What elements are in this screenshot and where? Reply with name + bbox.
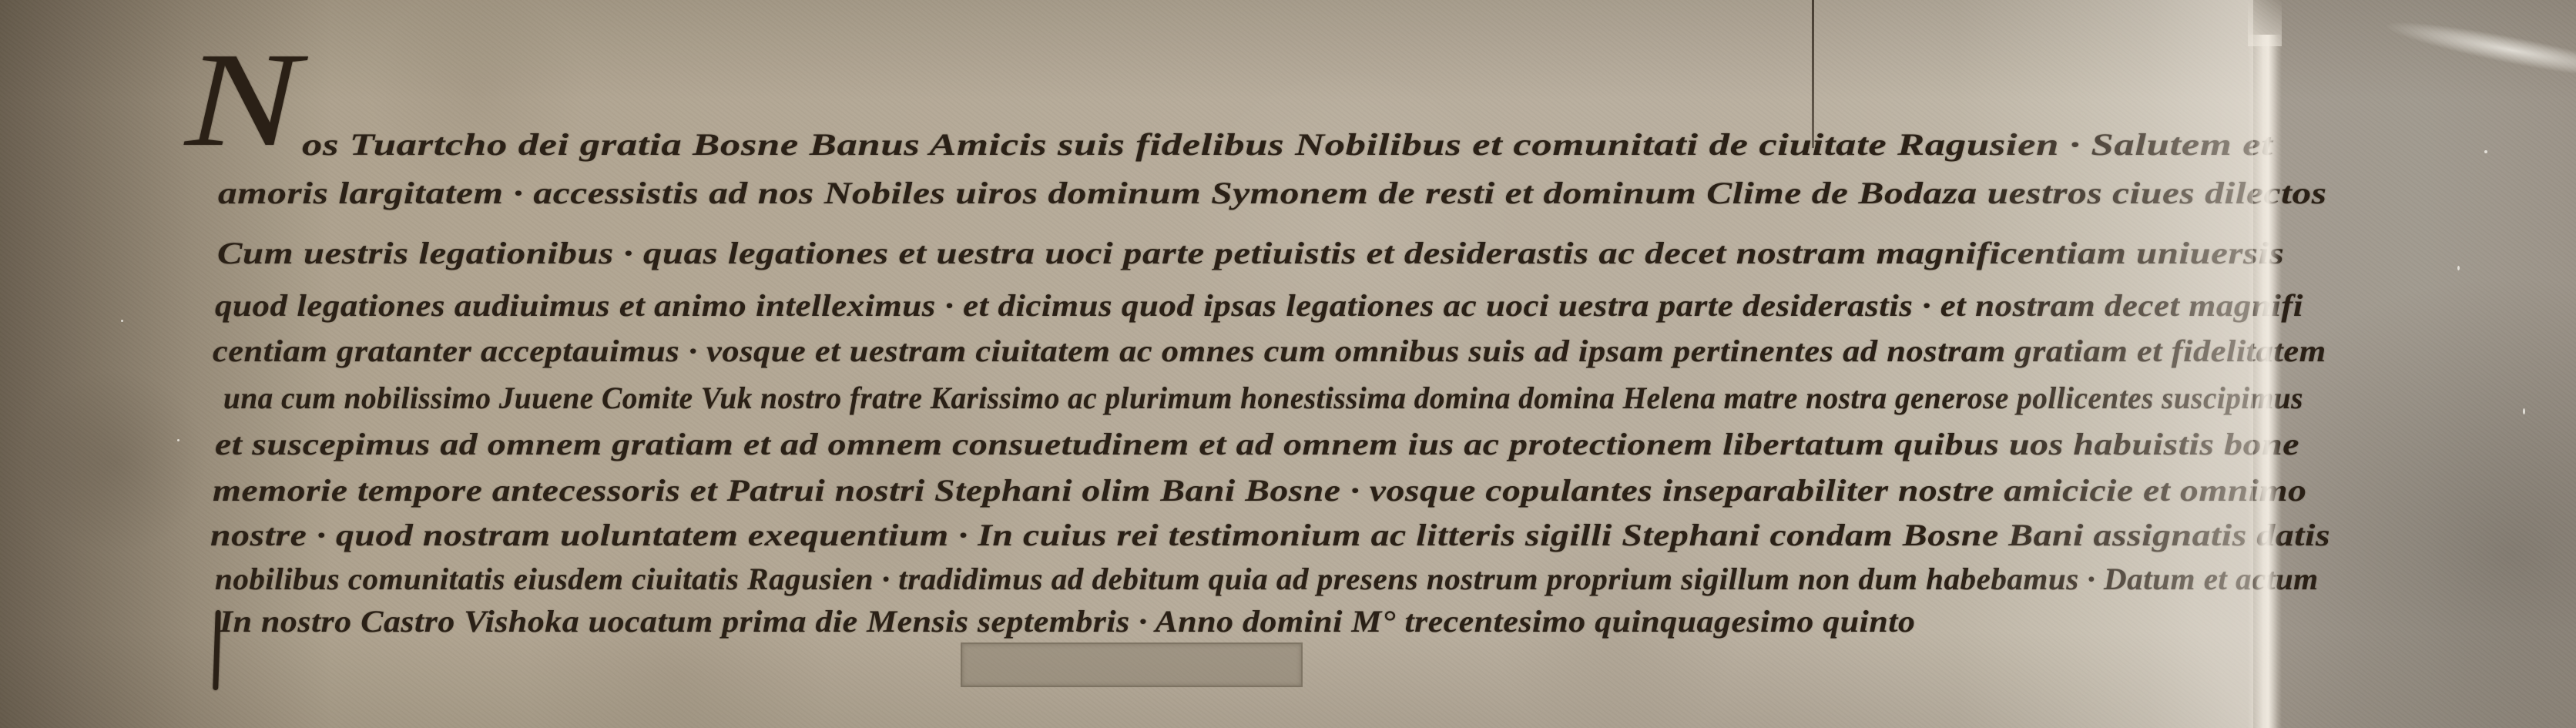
dust-speck bbox=[2457, 266, 2460, 270]
dust-speck bbox=[177, 439, 179, 441]
text-line-11: In nostro Castro Vishoka uocatum prima d… bbox=[220, 606, 1915, 637]
seal-slot bbox=[961, 642, 1303, 687]
glare-overlay bbox=[1957, 0, 2253, 728]
dust-speck bbox=[2484, 150, 2487, 153]
initial-capital: N bbox=[185, 32, 300, 167]
vertical-fold-line bbox=[1812, 0, 1814, 148]
light-reflection-strip bbox=[2248, 35, 2282, 728]
charter-photograph: N os Tuartcho dei gratia Bosne Banus Ami… bbox=[0, 0, 2576, 728]
dust-speck bbox=[121, 320, 123, 322]
dust-speck bbox=[2523, 408, 2525, 414]
